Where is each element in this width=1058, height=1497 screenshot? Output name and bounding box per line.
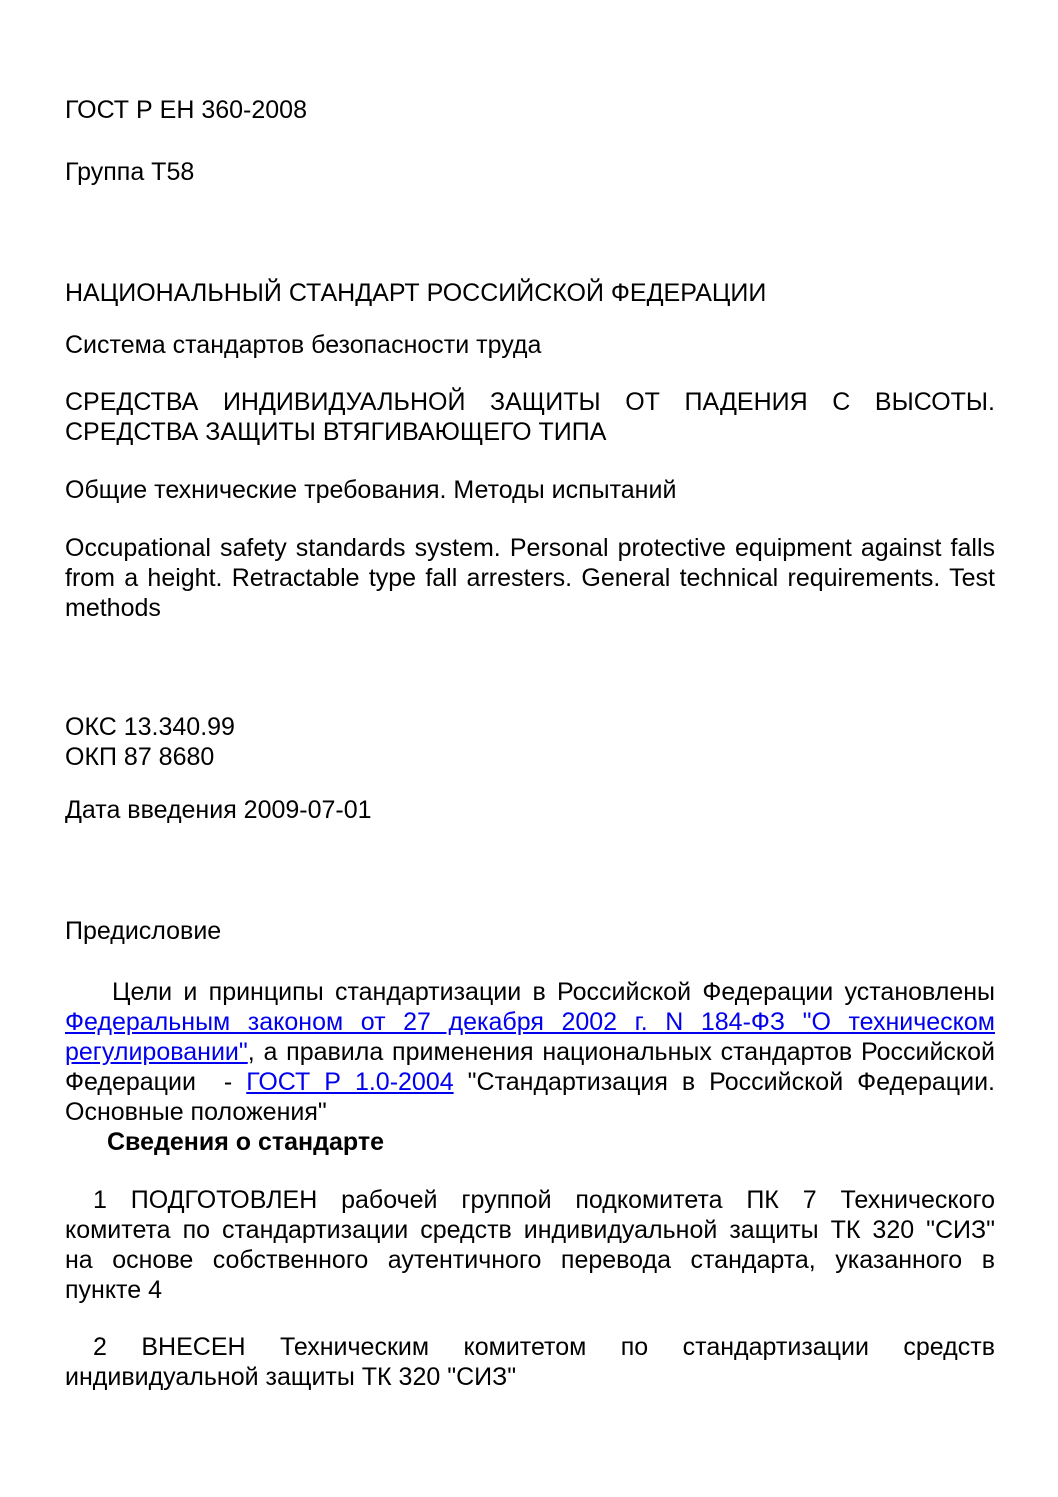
text-line: 1 ПОДГОТОВЛЕН рабочей группой подкомитет… <box>65 1185 995 1215</box>
text-line: индивидуальной защиты ТК 320 "СИЗ" <box>65 1362 995 1392</box>
doc-number: ГОСТ Р ЕН 360-2008 <box>65 95 995 125</box>
standard-kind: НАЦИОНАЛЬНЫЙ СТАНДАРТ РОССИЙСКОЙ ФЕДЕРАЦ… <box>65 278 995 308</box>
okp-code: ОКП 87 8680 <box>65 742 995 772</box>
text-line: на основе собственного аутентичного пере… <box>65 1245 995 1275</box>
federal-law-link[interactable]: регулировании" <box>65 1038 248 1066</box>
foreword-heading: Предисловие <box>65 916 995 946</box>
clause-2: 2 ВНЕСЕН Техническим комитетом по станда… <box>65 1332 995 1392</box>
standard-system: Система стандартов безопасности труда <box>65 330 995 360</box>
standard-subtitle-ru: Общие технические требования. Методы исп… <box>65 475 995 505</box>
info-heading: Сведения о стандарте <box>65 1127 995 1157</box>
text-line: Федерации - ГОСТ Р 1.0-2004 "Стандартиза… <box>65 1067 995 1097</box>
text-line: Основные положения" <box>65 1097 995 1127</box>
document-page: ГОСТ Р ЕН 360-2008 Группа Т58 НАЦИОНАЛЬН… <box>0 95 1058 1392</box>
text-line: регулировании", а правила применения нац… <box>65 1037 995 1067</box>
effective-date: Дата введения 2009-07-01 <box>65 795 995 825</box>
oks-code: ОКС 13.340.99 <box>65 712 995 742</box>
text-segment: Федерации - <box>65 1068 232 1096</box>
federal-law-link[interactable]: Федеральным законом от 27 декабря 2002 г… <box>65 1008 995 1036</box>
standard-title-en: Occupational safety standards system. Pe… <box>65 533 995 623</box>
text-line: СРЕДСТВА ЗАЩИТЫ ВТЯГИВАЮЩЕГО ТИПА <box>65 417 995 447</box>
text-line: СРЕДСТВА ИНДИВИДУАЛЬНОЙ ЗАЩИТЫ ОТ ПАДЕНИ… <box>65 387 995 417</box>
foreword-paragraph: Цели и принципы стандартизации в Российс… <box>65 977 995 1127</box>
text-line: Цели и принципы стандартизации в Российс… <box>65 977 995 1007</box>
text-line: methods <box>65 593 995 623</box>
text-segment: "Стандартизация в Российской Федерации. <box>468 1068 995 1096</box>
text-line: from a height. Retractable type fall arr… <box>65 563 995 593</box>
text-line: комитета по стандартизации средств индив… <box>65 1215 995 1245</box>
group-code: Группа Т58 <box>65 157 995 187</box>
classification-codes: ОКС 13.340.99 ОКП 87 8680 <box>65 712 995 772</box>
text-segment: , а правила применения национальных стан… <box>248 1038 995 1066</box>
clause-1: 1 ПОДГОТОВЛЕН рабочей группой подкомитет… <box>65 1185 995 1305</box>
text-line: Occupational safety standards system. Pe… <box>65 533 995 563</box>
text-line: 2 ВНЕСЕН Техническим комитетом по станда… <box>65 1332 995 1362</box>
gost-r-1-0-2004-link[interactable]: ГОСТ Р 1.0-2004 <box>246 1068 453 1096</box>
text-line: Федеральным законом от 27 декабря 2002 г… <box>65 1007 995 1037</box>
text-line: пункте 4 <box>65 1275 995 1305</box>
standard-title-ru: СРЕДСТВА ИНДИВИДУАЛЬНОЙ ЗАЩИТЫ ОТ ПАДЕНИ… <box>65 387 995 447</box>
